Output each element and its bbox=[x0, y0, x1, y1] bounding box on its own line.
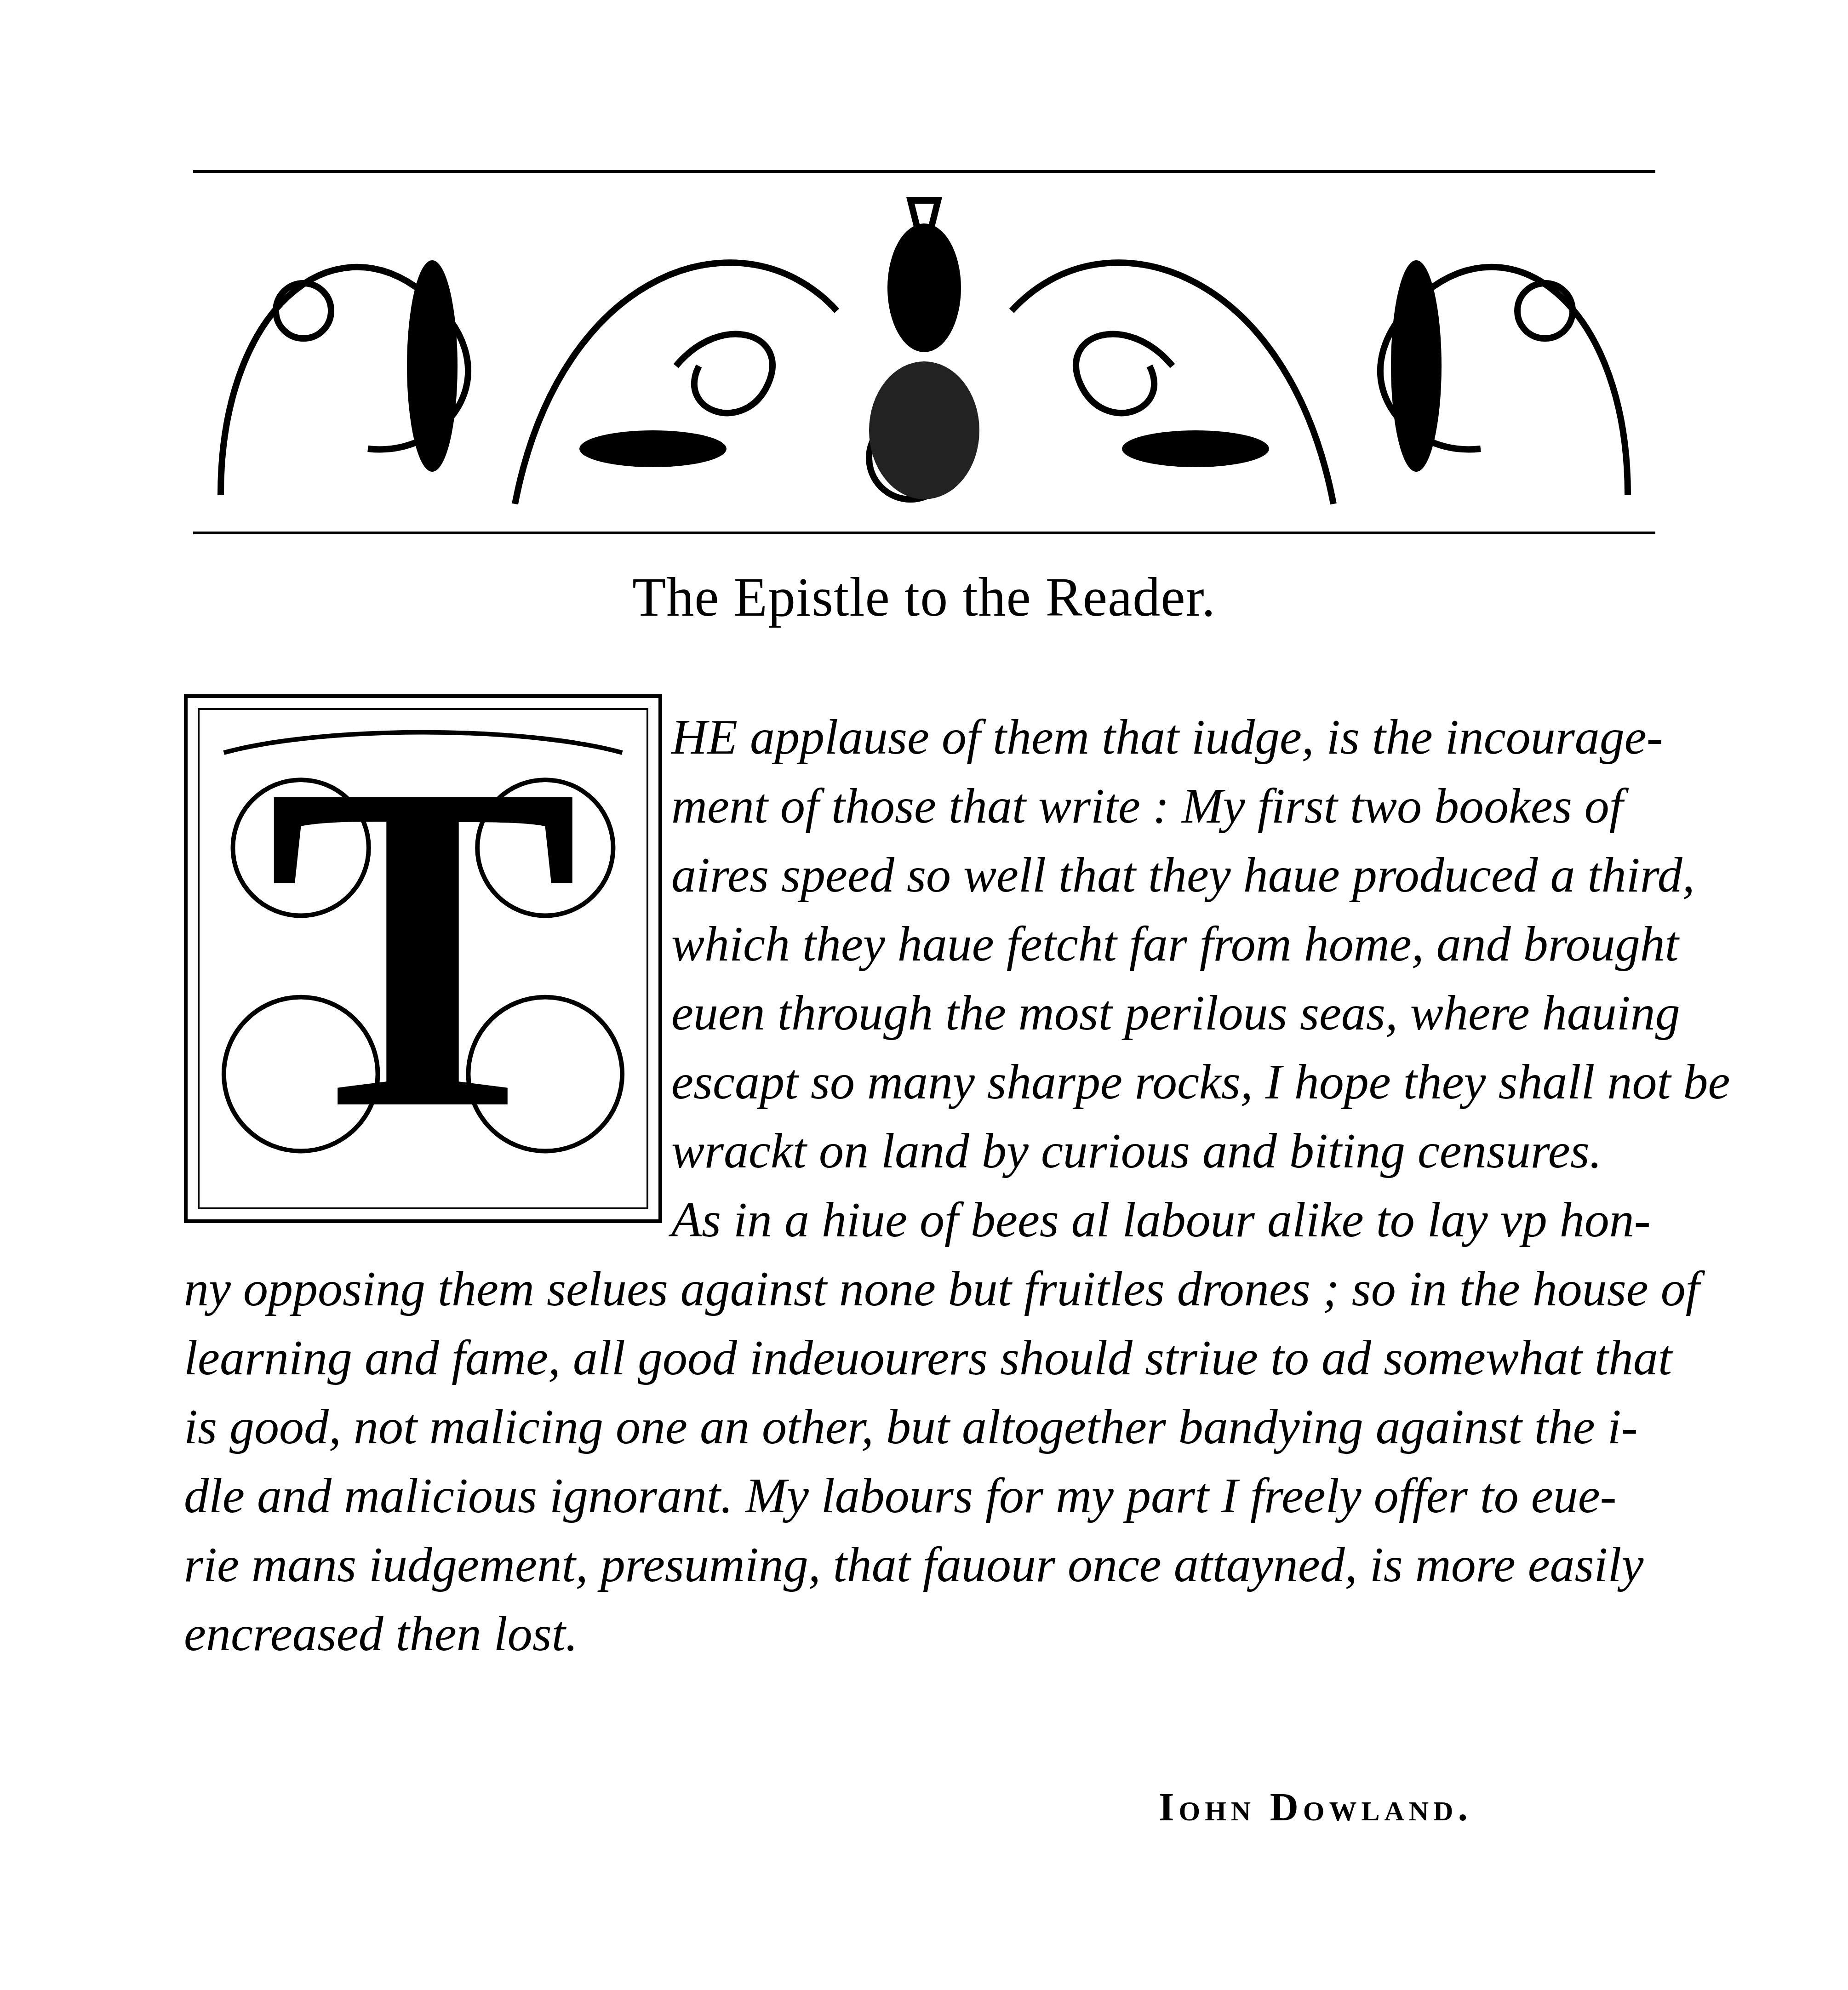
woodcut-headpiece-banner bbox=[193, 170, 1655, 534]
text-line: is good, not malicing one an other, but … bbox=[184, 1402, 1638, 1452]
text-line: euen through the most perilous seas, whe… bbox=[671, 989, 1680, 1038]
text-line: ny opposing them selues against none but… bbox=[184, 1264, 1699, 1314]
text-line: HE applause of them that iudge, is the i… bbox=[671, 713, 1663, 762]
text-line: encreased then lost. bbox=[184, 1609, 578, 1659]
text-line: As in a hiue of bees al labour alike to … bbox=[671, 1195, 1651, 1245]
text-line: dle and malicious ignorant. My labours f… bbox=[184, 1471, 1617, 1521]
text-line: escapt so many sharpe rocks, I hope they… bbox=[671, 1058, 1730, 1107]
page-title: The Epistle to the Reader. bbox=[0, 566, 1848, 629]
drop-cap-letter: T bbox=[188, 712, 658, 1181]
text-line: aires speed so well that they haue produ… bbox=[671, 851, 1695, 900]
text-line: rie mans iudgement, presuming, that fauo… bbox=[184, 1540, 1644, 1590]
author-signature: Iohn Dowland. bbox=[1159, 1784, 1472, 1830]
text-line: which they haue fetcht far from home, an… bbox=[671, 920, 1679, 969]
text-line: ment of those that write : My first two … bbox=[671, 782, 1623, 831]
ornament-icon bbox=[193, 173, 1655, 532]
text-line: wrackt on land by curious and biting cen… bbox=[671, 1127, 1602, 1176]
drop-cap-initial: T bbox=[184, 694, 662, 1223]
text-line: learning and fame, all good indeuourers … bbox=[184, 1333, 1672, 1383]
